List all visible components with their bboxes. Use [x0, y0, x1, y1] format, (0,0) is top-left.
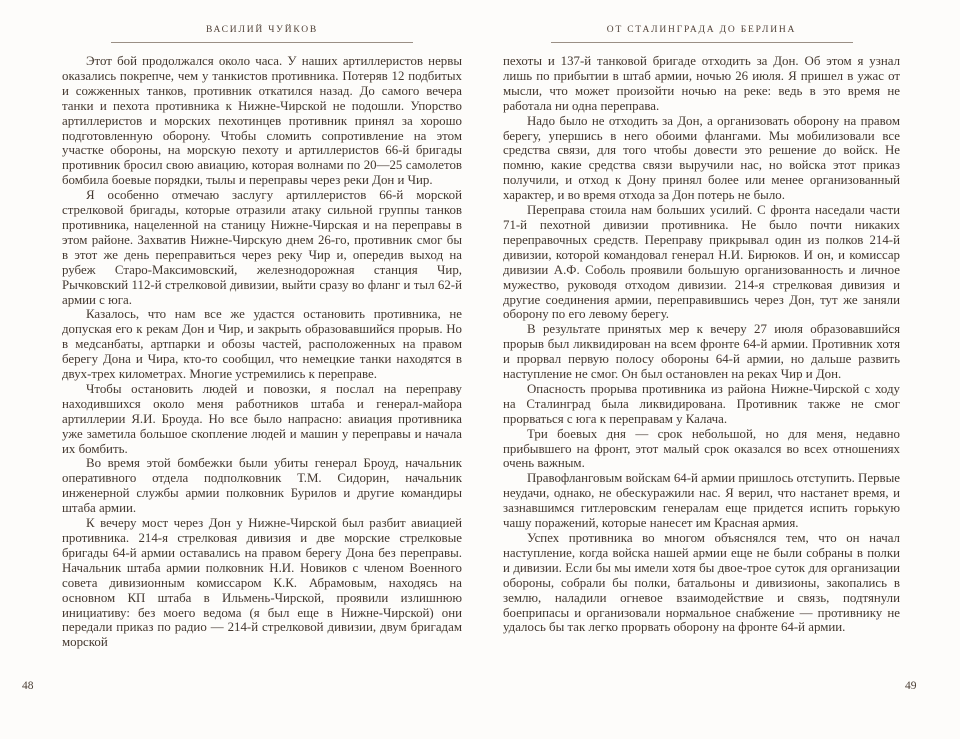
paragraph: Правофланговым войскам 64-й армии пришло…: [503, 471, 900, 531]
paragraph: Три боевых дня — срок небольшой, но для …: [503, 427, 900, 472]
header-rule: [111, 42, 413, 43]
book-spread: ВАСИЛИЙ ЧУЙКОВ Этот бой продолжался окол…: [0, 0, 960, 739]
page-left: ВАСИЛИЙ ЧУЙКОВ Этот бой продолжался окол…: [62, 25, 462, 650]
paragraph: Во время этой бомбежки были убиты генера…: [62, 456, 462, 516]
paragraph: Этот бой продолжался около часа. У наших…: [62, 54, 462, 188]
paragraph: Я особенно отмечаю заслугу артиллеристов…: [62, 188, 462, 307]
paragraph-continuation: пехоты и 137-й танковой бригаде отходить…: [503, 54, 900, 114]
paragraph: Чтобы остановить людей и повозки, я посл…: [62, 382, 462, 457]
page-number-right: 49: [905, 680, 917, 692]
page-left-body: Этот бой продолжался около часа. У наших…: [62, 54, 462, 650]
page-right-body: пехоты и 137-й танковой бригаде отходить…: [503, 54, 900, 635]
running-header-author: ВАСИЛИЙ ЧУЙКОВ: [62, 25, 462, 35]
paragraph: Успех противника во многом объяснялся те…: [503, 531, 900, 635]
header-rule: [551, 42, 853, 43]
paragraph: В результате принятых мер к вечеру 27 ию…: [503, 322, 900, 382]
paragraph: Переправа стоила нам больших усилий. С ф…: [503, 203, 900, 322]
paragraph: Надо было не отходить за Дон, а организо…: [503, 114, 900, 203]
paragraph: Опасность прорыва противника из района Н…: [503, 382, 900, 427]
paragraph: Казалось, что нам все же удастся останов…: [62, 307, 462, 382]
paragraph: К вечеру мост через Дон у Нижне-Чирской …: [62, 516, 462, 650]
page-right: ОТ СТАЛИНГРАДА ДО БЕРЛИНА пехоты и 137-й…: [503, 25, 900, 635]
page-number-left: 48: [22, 680, 34, 692]
running-header-title: ОТ СТАЛИНГРАДА ДО БЕРЛИНА: [503, 25, 900, 35]
